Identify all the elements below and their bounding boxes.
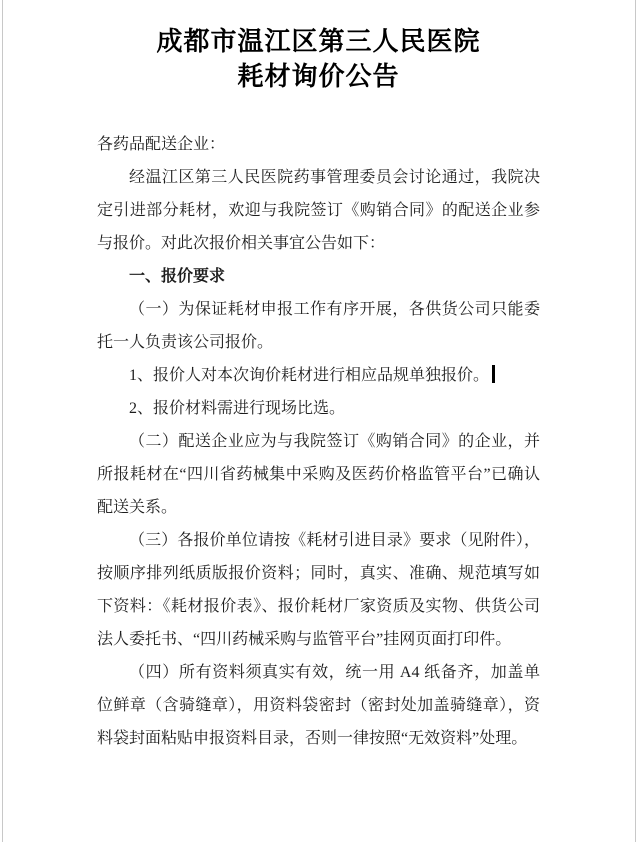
paragraph-text: （三）各报价单位请按《耗材引进目录》要求（见附件），按顺序排列纸质版报价资料；同…	[97, 532, 540, 648]
page-edge-right	[635, 0, 636, 842]
paragraph-text: 2、报价材料需进行现场比选。	[129, 400, 345, 417]
document-body[interactable]: 各药品配送企业： 经温江区第三人民医院药事管理委员会讨论通过，我院决定引进部分耗…	[97, 128, 540, 755]
paragraph[interactable]: （二）配送企业应为与我院签订《购销合同》的企业，并所报耗材在“四川省药械集中采购…	[97, 425, 540, 524]
paragraph-list: 经温江区第三人民医院药事管理委员会讨论通过，我院决定引进部分耗材，欢迎与我院签订…	[97, 161, 540, 755]
paragraph-text: （四）所有资料须真实有效，统一用 A4 纸备齐，加盖单位鲜章（含骑缝章），用资料…	[97, 664, 540, 747]
text-cursor	[492, 365, 495, 383]
salutation-text: 各药品配送企业：	[97, 136, 225, 153]
paragraph[interactable]: 2、报价材料需进行现场比选。	[97, 392, 540, 425]
paragraph[interactable]: 经温江区第三人民医院药事管理委员会讨论通过，我院决定引进部分耗材，欢迎与我院签订…	[97, 161, 540, 260]
paragraph-text: 1、报价人对本次询价耗材进行相应品规单独报价。	[129, 367, 489, 384]
paragraph-text: （二）配送企业应为与我院签订《购销合同》的企业，并所报耗材在“四川省药械集中采购…	[97, 433, 540, 516]
document-page[interactable]: 成都市温江区第三人民医院 耗材询价公告 各药品配送企业： 经温江区第三人民医院药…	[97, 24, 540, 755]
paragraph[interactable]: （一）为保证耗材申报工作有序开展，各供货公司只能委托一人负责该公司报价。	[97, 293, 540, 359]
paragraph[interactable]: 1、报价人对本次询价耗材进行相应品规单独报价。	[97, 359, 540, 392]
paragraph[interactable]: （三）各报价单位请按《耗材引进目录》要求（见附件），按顺序排列纸质版报价资料；同…	[97, 524, 540, 656]
section-heading[interactable]: 一、报价要求	[97, 260, 540, 293]
document-title-line-1: 成都市温江区第三人民医院	[97, 24, 540, 59]
paragraph-text: 经温江区第三人民医院药事管理委员会讨论通过，我院决定引进部分耗材，欢迎与我院签订…	[97, 169, 540, 252]
paragraph-text: 一、报价要求	[129, 268, 225, 285]
paragraph[interactable]: （四）所有资料须真实有效，统一用 A4 纸备齐，加盖单位鲜章（含骑缝章），用资料…	[97, 656, 540, 755]
salutation-line[interactable]: 各药品配送企业：	[97, 128, 540, 161]
paragraph-text: （一）为保证耗材申报工作有序开展，各供货公司只能委托一人负责该公司报价。	[97, 301, 540, 351]
document-title-line-2: 耗材询价公告	[97, 59, 540, 94]
page-edge-left	[2, 0, 3, 842]
